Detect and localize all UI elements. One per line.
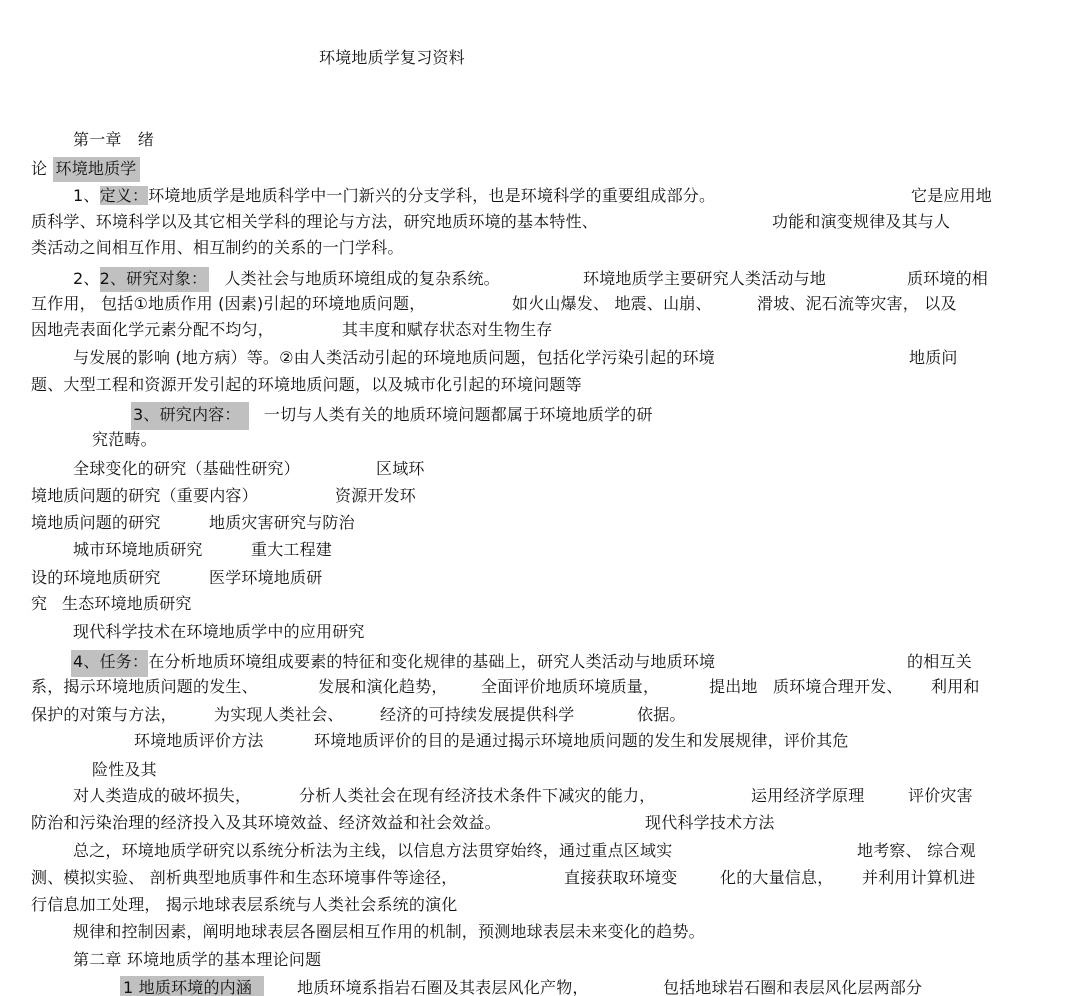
research-item: 资源开发环 <box>335 486 416 506</box>
sec2-line5: 题、大型工程和资源开发引起的环境地质问题，以及城市化引起的环境问题等 <box>31 375 582 395</box>
sec2-line1-b: 环境地质学主要研究人类活动与地 <box>583 269 826 289</box>
sec1-line1-end: 它是应用地 <box>911 186 992 206</box>
summary-line2-b: 直接获取环境变 <box>564 868 677 888</box>
sec4-line1-b: 的相互关 <box>907 652 972 672</box>
sec4-line4-a: 环境地质评价方法 <box>134 731 264 751</box>
sec4-line2-e: 质环境合理开发、 <box>773 677 903 697</box>
research-item: 重大工程建 <box>251 540 332 560</box>
sec4-line7-a: 防治和污染治理的经济投入及其环境效益、经济效益和社会效益。 <box>31 813 501 833</box>
sec4-line3-d: 依据。 <box>637 705 686 725</box>
sec2-line2-c: 滑坡、泥石流等灾害， 以及 <box>757 294 957 314</box>
sec4-line2-f: 利用和 <box>931 677 980 697</box>
sec1-line1: 1、定义：环境地质学是地质科学中一门新兴的分支学科，也是环境科学的重要组成部分。 <box>73 186 715 206</box>
sec4-line6-d: 评价灾害 <box>908 786 973 806</box>
sec4-line3-c: 经济的可持续发展提供科学 <box>380 705 574 725</box>
sec4-line1: 4、任务：在分析地质环境组成要素的特征和变化规律的基础上，研究人类活动与地质环境 <box>71 652 715 672</box>
chapter2-line1-b: 包括地球岩石圈和表层风化层两部分 <box>663 978 922 996</box>
summary-line1-b: 地考察、 综合观 <box>857 841 976 861</box>
sec2-line3-a: 因地壳表面化学元素分配不均匀， <box>31 320 274 340</box>
chapter2-heading: 第二章 环境地质学的基本理论问题 <box>73 950 321 970</box>
summary-line2-d: 并利用计算机进 <box>862 868 975 888</box>
sec1-line2-end: 功能和演变规律及其与人 <box>772 212 950 232</box>
summary-line2-c: 化的大量信息， <box>720 868 833 888</box>
sec2-line4-a: 与发展的影响 (地方病）等。②由人类活动引起的环境地质问题，包括化学污染引起的环… <box>73 348 715 368</box>
sec2-line3-b: 其丰度和赋存状态对生物生存 <box>342 320 553 340</box>
sec2-line1: 2、2、研究对象： 人类社会与地质环境组成的复杂系统。 <box>73 269 500 289</box>
research-item: 究 <box>31 594 47 614</box>
sec4-line5: 险性及其 <box>92 760 157 780</box>
chapter2-line1-a: 地质环境系指岩石圈及其表层风化产物， <box>297 978 589 996</box>
research-item: 境地质问题的研究（重要内容） <box>31 486 258 506</box>
sec2-line1-c: 质环境的相 <box>907 269 988 289</box>
chapter1-heading: 第一章 绪 <box>73 130 154 150</box>
sec4-line2-d: 提出地 <box>709 677 758 697</box>
sec3-line2: 究范畴。 <box>92 430 157 450</box>
sec4-line6-b: 分析人类社会在现有经济技术条件下减灾的能力， <box>299 786 655 806</box>
summary-line4: 规律和控制因素，阐明地球表层各圈层相互作用的机制，预测地球表层未来变化的趋势。 <box>73 922 705 942</box>
sec2-line2-a: 互作用， 包括①地质作用 (因素)引起的环境地质问题， <box>31 294 425 314</box>
summary-line3: 行信息加工处理， 揭示地球表层系统与人类社会系统的演化 <box>31 895 458 915</box>
research-item: 全球变化的研究（基础性研究） <box>73 459 300 479</box>
research-item: 生态环境地质研究 <box>62 594 192 614</box>
sec4-line7-b: 现代科学技术方法 <box>645 813 775 833</box>
chapter2-line1: 1 地质环境的内涵 <box>120 978 264 996</box>
sec2-line4-b: 地质问 <box>909 348 958 368</box>
research-item: 医学环境地质研 <box>209 568 322 588</box>
summary-line2-a: 测、模拟实验、 剖析典型地质事件和生态环境事件等途径， <box>31 868 458 888</box>
research-content-label: 3、研究内容： <box>131 402 249 430</box>
document-title: 环境地质学复习资料 <box>319 48 465 68</box>
research-item: 设的环境地质研究 <box>31 568 161 588</box>
sec4-line2-c: 全面评价地质环境质量， <box>481 677 659 697</box>
sec4-line4-b: 环境地质评价的目的是通过揭示环境地质问题的发生和发展规律，评价其危 <box>314 731 849 751</box>
research-item: 境地质问题的研究 <box>31 513 161 533</box>
research-item: 城市环境地质研究 <box>73 540 203 560</box>
sec4-line3-a: 保护的对策与方法， <box>31 705 177 725</box>
summary-line1-a: 总之，环境地质学研究以系统分析法为主线，以信息方法贯穿始终，通过重点区域实 <box>73 841 672 861</box>
sec4-line6-c: 运用经济学原理 <box>751 786 864 806</box>
subject-highlight: 环境地质学 <box>53 157 140 182</box>
research-object-label: 2、研究对象： <box>100 267 210 292</box>
sec4-line6-a: 对人类造成的破坏损失， <box>73 786 251 806</box>
definition-label: 定义： <box>100 186 149 205</box>
sec1-line2: 质科学、环境科学以及其它相关学科的理论与方法，研究地质环境的基本特性、 <box>31 212 598 232</box>
sec4-line2-b: 发展和演化趋势， <box>318 677 448 697</box>
geo-env-connotation-label: 1 地质环境的内涵 <box>120 976 264 996</box>
sec4-line3-b: 为实现人类社会、 <box>214 705 344 725</box>
sec3-line1: 3、研究内容： 一切与人类有关的地质环境问题都属于环境地质学的研 <box>131 405 653 425</box>
sec2-line2-b: 如火山爆发、 地震、山崩、 <box>512 294 712 314</box>
sec1-line3: 类活动之间相互作用、相互制约的关系的一门学科。 <box>31 238 404 258</box>
chapter1-heading-cont: 论 环境地质学 <box>31 159 140 179</box>
task-label: 4、任务： <box>71 650 148 677</box>
research-item: 地质灾害研究与防治 <box>209 513 355 533</box>
sec4-line2-a: 系，揭示环境地质问题的发生、 <box>31 677 258 697</box>
research-item: 现代科学技术在环境地质学中的应用研究 <box>73 622 365 642</box>
research-item: 区域环 <box>376 459 425 479</box>
